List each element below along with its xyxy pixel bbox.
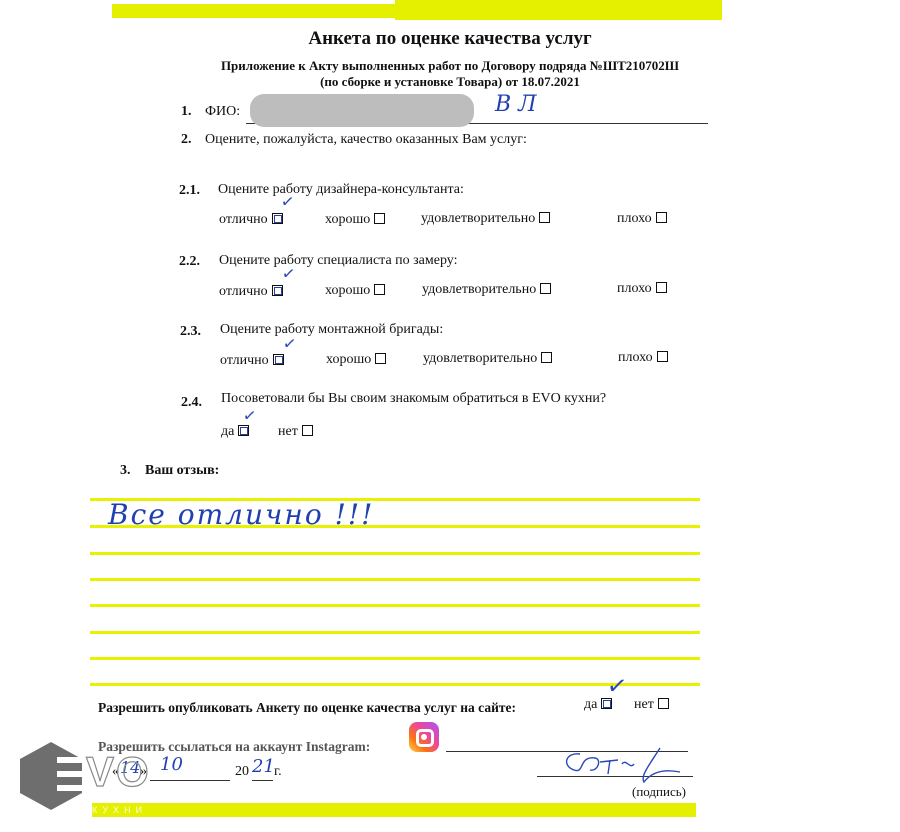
- evo-logo-stripe: [57, 771, 87, 777]
- evo-logo-text: VO: [86, 748, 151, 796]
- checkbox-checked[interactable]: [273, 354, 284, 365]
- signature-label: (подпись): [632, 784, 686, 800]
- date-year-prefix: 20: [235, 764, 249, 780]
- checkbox-checked[interactable]: [272, 213, 283, 224]
- review-line: [90, 631, 700, 634]
- checkbox[interactable]: [302, 425, 313, 436]
- option-label: нет: [634, 697, 654, 712]
- q2-text: Оцените, пожалуйста, качество оказанных …: [205, 132, 527, 148]
- fio-label: ФИО:: [205, 104, 240, 120]
- q22-option-excellent[interactable]: отлично: [219, 284, 283, 300]
- check-mark-icon: ✓: [282, 333, 298, 354]
- fio-redaction: [250, 94, 474, 127]
- check-mark-icon: ✓: [281, 263, 297, 284]
- review-label: Ваш отзыв:: [145, 463, 219, 479]
- fio-number: 1.: [181, 104, 192, 120]
- review-line: [90, 552, 700, 555]
- option-label: нет: [278, 424, 298, 439]
- option-label: плохо: [617, 211, 652, 226]
- publish-text: Разрешить опубликовать Анкету по оценке …: [98, 700, 516, 716]
- date-year-unit: г.: [274, 764, 282, 780]
- q22-option-satisfactory[interactable]: удовлетворительно: [422, 282, 551, 298]
- evo-logo-stripe: [57, 757, 87, 763]
- review-line: [90, 604, 700, 607]
- option-label: хорошо: [325, 212, 370, 227]
- evo-logo-subtitle: КУХНИ: [92, 805, 147, 815]
- option-label: удовлетворительно: [422, 282, 536, 297]
- signature-icon: [540, 744, 690, 789]
- q21-text: Оцените работу дизайнера-консультанта:: [218, 182, 464, 198]
- q23-option-excellent[interactable]: отлично: [220, 353, 284, 369]
- evo-logo-stripe: [57, 785, 87, 791]
- checkbox[interactable]: [374, 284, 385, 295]
- review-line: [90, 578, 700, 581]
- checkbox-checked[interactable]: [238, 425, 249, 436]
- option-label: удовлетворительно: [421, 211, 535, 226]
- q21-option-satisfactory[interactable]: удовлетворительно: [421, 211, 550, 227]
- checkbox[interactable]: [656, 212, 667, 223]
- q24-text: Посоветовали бы Вы своим знакомым обрати…: [221, 391, 606, 407]
- checkbox[interactable]: [374, 213, 385, 224]
- date-year-suffix[interactable]: 21: [252, 756, 275, 777]
- q23-number: 2.3.: [180, 324, 201, 340]
- check-mark-icon: ✓: [605, 671, 629, 702]
- checkbox[interactable]: [656, 282, 667, 293]
- q21-option-good[interactable]: хорошо: [325, 212, 385, 228]
- checkbox[interactable]: [539, 212, 550, 223]
- q24-option-yes[interactable]: да: [221, 424, 249, 440]
- check-mark-icon: ✓: [280, 191, 296, 212]
- subtitle-line2: (по сборке и установке Товара) от 18.07.…: [0, 74, 900, 90]
- q2-number: 2.: [181, 132, 192, 148]
- review-number: 3.: [120, 463, 131, 479]
- checkbox-checked[interactable]: [601, 698, 612, 709]
- footer-banner: [92, 803, 696, 817]
- option-label: плохо: [618, 350, 653, 365]
- fio-handwritten-initials: В Л: [495, 92, 537, 117]
- checkbox[interactable]: [540, 283, 551, 294]
- q22-text: Оцените работу специалиста по замеру:: [219, 253, 458, 269]
- option-label: отлично: [219, 284, 268, 299]
- option-label: хорошо: [325, 283, 370, 298]
- date-year-line: [252, 780, 273, 781]
- page-title: Анкета по оценке качества услуг: [0, 28, 900, 50]
- q22-number: 2.2.: [179, 254, 200, 270]
- instagram-icon: [409, 722, 439, 752]
- q23-option-satisfactory[interactable]: удовлетворительно: [423, 351, 552, 367]
- q24-number: 2.4.: [181, 395, 202, 411]
- check-mark-icon: ✓: [242, 405, 258, 426]
- review-handwritten-text[interactable]: Все отлично !!!: [108, 498, 374, 531]
- q23-option-good[interactable]: хорошо: [326, 352, 386, 368]
- option-label: отлично: [219, 212, 268, 227]
- review-line: [90, 657, 700, 660]
- q22-option-good[interactable]: хорошо: [325, 283, 385, 299]
- publish-option-yes[interactable]: да: [584, 697, 612, 713]
- q21-option-bad[interactable]: плохо: [617, 211, 667, 227]
- checkbox[interactable]: [657, 351, 668, 362]
- subtitle-line1: Приложение к Акту выполненных работ по Д…: [0, 58, 900, 74]
- option-label: да: [584, 697, 597, 712]
- option-label: удовлетворительно: [423, 351, 537, 366]
- checkbox-checked[interactable]: [272, 285, 283, 296]
- checkbox[interactable]: [375, 353, 386, 364]
- header-banner-accent: [395, 0, 722, 20]
- date-month-line: [150, 780, 230, 781]
- checkbox[interactable]: [658, 698, 669, 709]
- q21-number: 2.1.: [179, 183, 200, 199]
- q24-option-no[interactable]: нет: [278, 424, 313, 440]
- publish-option-no[interactable]: нет: [634, 697, 669, 713]
- q23-text: Оцените работу монтажной бригады:: [220, 322, 443, 338]
- q21-option-excellent[interactable]: отлично: [219, 212, 283, 228]
- date-month[interactable]: 10: [160, 754, 183, 775]
- checkbox[interactable]: [541, 352, 552, 363]
- option-label: хорошо: [326, 352, 371, 367]
- option-label: плохо: [617, 281, 652, 296]
- option-label: отлично: [220, 353, 269, 368]
- q23-option-bad[interactable]: плохо: [618, 350, 668, 366]
- q22-option-bad[interactable]: плохо: [617, 281, 667, 297]
- option-label: да: [221, 424, 234, 439]
